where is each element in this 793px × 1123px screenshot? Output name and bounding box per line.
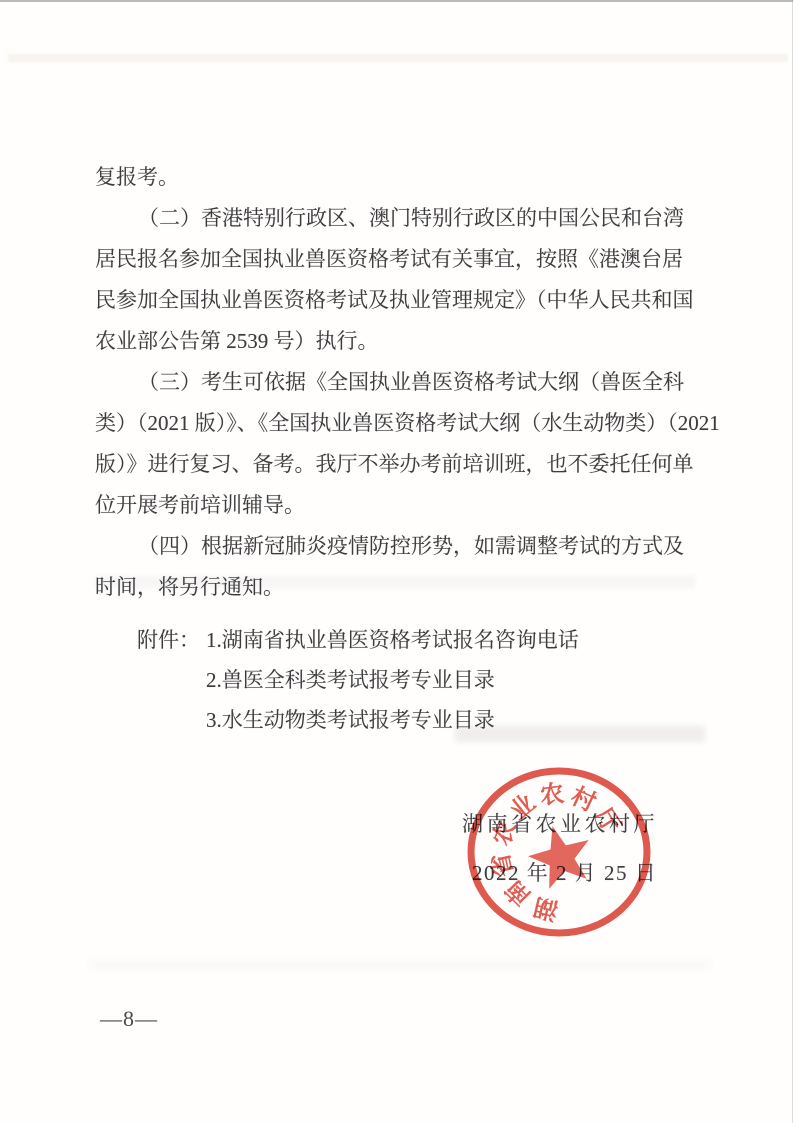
svg-text:农: 农 [488,818,521,849]
scan-artifact-band [8,54,788,62]
svg-text:村: 村 [567,783,600,818]
page-number: —8— [100,1006,158,1032]
scan-artifact-top-edge [0,0,793,2]
attachment-item: 3.水生动物类考试报考专业目录 [206,700,579,740]
attachments-block: 附件： 1.湖南省执业兽医资格考试报名咨询电话 2.兽医全科类考试报考专业目录 … [137,620,579,740]
svg-text:业: 业 [505,789,541,825]
official-seal: 湖南省农业农村厅 [462,762,658,940]
document-page: 复报考。 （二）香港特别行政区、澳门特别行政区的中国公民和台湾 居民报名参加全国… [0,0,793,1123]
paragraph-continuation: 复报考。 [95,157,701,198]
attachment-item: 1.湖南省执业兽医资格考试报名咨询电话 [206,620,579,660]
svg-text:省: 省 [487,850,519,879]
seal-star-icon [528,826,589,889]
attachments-list: 1.湖南省执业兽医资格考试报名咨询电话 2.兽医全科类考试报考专业目录 3.水生… [206,620,579,740]
svg-text:厅: 厅 [589,803,625,838]
svg-text:湖: 湖 [531,892,560,924]
paragraph-item-4: （四）根据新冠肺炎疫情防控形势，如需调整考试的方式及 时间，将另行通知。 [95,526,701,608]
document-body: 复报考。 （二）香港特别行政区、澳门特别行政区的中国公民和台湾 居民报名参加全国… [95,157,701,608]
attachment-item: 2.兽医全科类考试报考专业目录 [206,660,579,700]
svg-text:农: 农 [538,780,565,810]
paragraph-item-2: （二）香港特别行政区、澳门特别行政区的中国公民和台湾 居民报名参加全国执业兽医资… [95,198,701,362]
attachments-label: 附件： [137,620,200,660]
scan-smudge [90,960,710,970]
svg-text:南: 南 [500,875,537,912]
paragraph-item-3: （三）考生可依据《全国执业兽医资格考试大纲（兽医全科 类）（2021 版）》、《… [95,362,701,526]
